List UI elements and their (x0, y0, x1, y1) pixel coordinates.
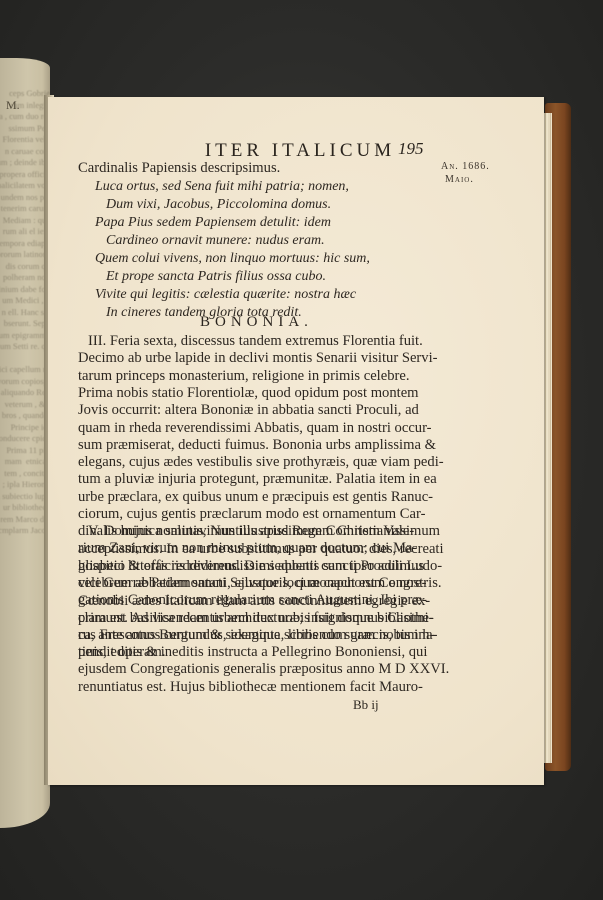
text-line: Prima nobis statio Florentiolæ, quod opi… (78, 384, 419, 402)
text-line: ciorum, cujus gentis præclarum modo est … (78, 505, 425, 523)
text-line: quam in rheda reverendissimi Abbatis, qu… (78, 419, 432, 437)
left-page-fragment: cmplarm Jacob (0, 525, 50, 537)
left-page-fragment: vorum copiosp. (0, 376, 50, 388)
text-line: Decimo ab urbe lapide in declivi montis … (78, 349, 438, 367)
epitaph-line: Cardineo ornavit munere: nudus eram. (106, 232, 325, 250)
left-page-fragment: ur bibliotheca (0, 502, 50, 514)
margin-note-month: Maio. (441, 173, 490, 186)
epitaph-line: Luca ortus, sed Sena fuit mihi patria; n… (95, 178, 349, 196)
text-line: tinis, editis & ineditis instructa a Pel… (78, 643, 427, 661)
left-page-fragment: um Medici , o (0, 295, 50, 307)
epitaph-line: Quem colui vivens, non linquo mortuus: h… (95, 250, 370, 268)
left-page-fragment: ; ipla Hierom. (0, 479, 50, 491)
left-page-fragment: conducere cpids (0, 433, 50, 445)
text-line: urbe præclara, ex quibus unum e præcipui… (78, 488, 433, 506)
left-page-fragment: polheram nop (0, 272, 50, 284)
left-page-fragment: tem , concita. (0, 468, 50, 480)
left-page-fragment: rem Marco da. (0, 514, 50, 526)
left-page-fragment: veterum , & i (0, 399, 50, 411)
epitaph-line: Papa Pius sedem Papiensem detulit: idem (95, 214, 331, 232)
epitaph-line: Vivite qui legitis: cælestia quærite: no… (95, 286, 356, 304)
left-page-fragment: a , cum duo ro. (0, 111, 50, 123)
left-page-fragment: ceps Gobrie (0, 88, 50, 100)
left-page-text-fragments: ceps Gobrierum inlegioa , cum duo ro.ssi… (0, 88, 50, 537)
right-page: ITER ITALICUM 195 An. 1686. Maio. Cardin… (48, 97, 544, 785)
left-page-fragment: um ; deinde ibi. (0, 157, 50, 169)
left-page-fragment: n ell. Hanc sa. (0, 307, 50, 319)
left-page-fragment: inici capellum ru (0, 364, 50, 376)
left-page-fragment: rum ali el iex. (0, 226, 50, 238)
left-page-fragment: Mediam : que (0, 215, 50, 227)
text-line: III. Feria sexta, discessus tandem extre… (88, 332, 423, 350)
left-page-fragment: Prima 11 pio (0, 445, 50, 457)
left-page-fragment: um Setti re. qu (0, 341, 50, 353)
text-line: Jovis occurrit: altera Bononiæ in abbati… (78, 401, 419, 419)
section-title: BONONIA. (200, 314, 313, 331)
left-page-fragment: aliquando Rep (0, 387, 50, 399)
text-line: celebrem abbatiam sancti Salvatoris, quæ… (78, 574, 427, 592)
left-page-fragment: dis corum qu (0, 261, 50, 273)
text-line: tum a pluviæ injuria protegunt, præmunit… (78, 470, 437, 488)
text-line: sum præmiserat, deducti fuimus. Bononia … (78, 436, 436, 454)
left-page-fragment: inium dabe fou (0, 284, 50, 296)
epitaph-line: Et prope sancta Patris filius ossa cubo. (106, 268, 326, 286)
left-page-fragment: n caruae con. (0, 146, 50, 158)
text-line: ca, ante annos centum & sexaginta, libri… (78, 626, 437, 644)
text-line: gationis Canonicorum regularium sancti A… (78, 591, 427, 609)
text-line: V. Dominica salutavimus illustrissimum C… (88, 522, 414, 540)
left-page-fragment: malicilatem vol. (0, 180, 50, 192)
left-page-fragment: bros , quando. (0, 410, 50, 422)
left-page-fragment: propera officio (0, 169, 50, 181)
left-page-fragment: a subiectio lupo (0, 491, 50, 503)
margin-note-year: An. 1686. (441, 160, 490, 173)
left-page-fragment: mam etnicae (0, 456, 50, 468)
left-page-fragment: um epigramma (0, 330, 50, 342)
text-line: clara est basilica recentis architecturæ… (78, 609, 434, 627)
text-line: ejusdem Congregationis generalis præposi… (78, 660, 449, 678)
left-page-fragment: tempora ediapr, (0, 238, 50, 250)
text-line: renuntiatus est. Hujus bibliothecæ menti… (78, 678, 423, 696)
catchword-signature: Bb ij (353, 697, 379, 713)
text-line: tarum princeps monasterium, religione in… (78, 367, 410, 385)
left-page-fragment: ssimum Per. (0, 123, 50, 135)
text-line: rium Zani, virum non minus pium, quam do… (78, 539, 417, 557)
left-page-fragment: bserunt. Sepo (0, 318, 50, 330)
margin-note: An. 1686. Maio. (441, 160, 490, 186)
left-page-fragment: ibrorum latinoru (0, 249, 50, 261)
text-line: gliabeci litteras reddidimus. Die sequen… (78, 557, 424, 575)
left-page-fragment: Florentia vehi (0, 134, 50, 146)
left-page-fragment: undem nos pa. (0, 192, 50, 204)
left-page-fragment: s. (0, 353, 50, 365)
epitaph-line: Dum vixi, Jacobus, Piccolomina domus. (106, 196, 331, 214)
page-number: 195 (398, 139, 424, 159)
text-line: elegans, cujus ædes vestibulis sive prot… (78, 453, 444, 471)
left-facing-page: M. ceps Gobrierum inlegioa , cum duo ro.… (0, 58, 50, 828)
intro-line: Cardinalis Papiensis descripsimus. (78, 159, 280, 177)
left-page-fragment: rum inlegio (0, 100, 50, 112)
left-page-fragment: Principe ier (0, 422, 50, 434)
left-page-fragment: m tenerim carum (0, 203, 50, 215)
